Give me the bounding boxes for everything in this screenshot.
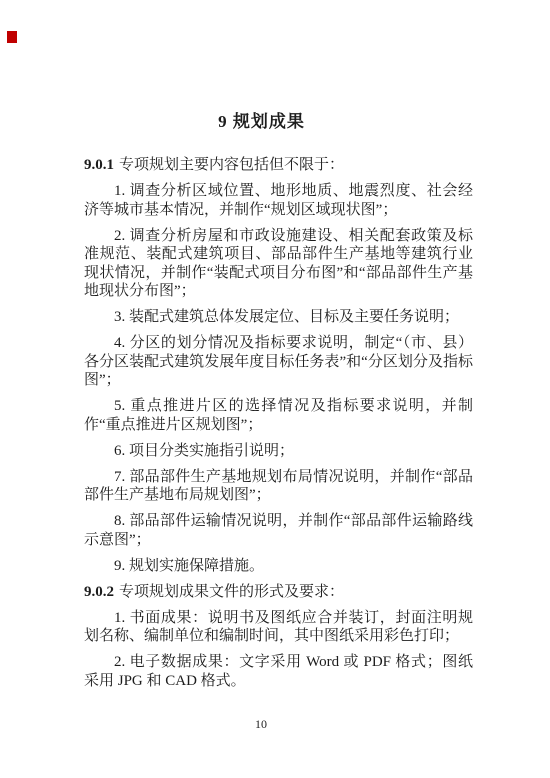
clause-item: 2. 调查分析房屋和市政设施建设、相关配套政策及标准规范、装配式建筑项目、部品部…	[84, 227, 473, 301]
clause-item: 7. 部品部件生产基地规划布局情况说明，并制作“部品部件生产基地布局规划图”；	[84, 468, 473, 505]
clause-lead: 9.0.2专项规划成果文件的形式及要求：	[84, 583, 473, 602]
clause-9-0-1: 9.0.1专项规划主要内容包括但不限于： 1. 调查分析区域位置、地形地质、地震…	[84, 156, 473, 575]
clause-item: 1. 调查分析区域位置、地形地质、地震烈度、社会经济等城市基本情况，并制作“规划…	[84, 182, 473, 219]
clause-item: 6. 项目分类实施指引说明；	[84, 442, 473, 461]
clause-number: 9.0.2	[84, 584, 114, 600]
clause-9-0-2: 9.0.2专项规划成果文件的形式及要求： 1. 书面成果：说明书及图纸应合并装订…	[84, 583, 473, 691]
clause-lead-text: 专项规划成果文件的形式及要求：	[119, 584, 344, 600]
document-page: 9 规划成果 9.0.1专项规划主要内容包括但不限于： 1. 调查分析区域位置、…	[0, 0, 550, 778]
red-marker	[7, 31, 17, 43]
clause-lead: 9.0.1专项规划主要内容包括但不限于：	[84, 156, 473, 175]
clause-item: 5. 重点推进片区的选择情况及指标要求说明，并制作“重点推进片区规划图”；	[84, 397, 473, 434]
clause-number: 9.0.1	[84, 157, 114, 173]
clause-item: 8. 部品部件运输情况说明，并制作“部品部件运输路线示意图”；	[84, 512, 473, 549]
chapter-title: 9 规划成果	[67, 112, 456, 132]
clause-item: 3. 装配式建筑总体发展定位、目标及主要任务说明；	[84, 308, 473, 327]
clause-item: 2. 电子数据成果：文字采用 Word 或 PDF 格式；图纸采用 JPG 和 …	[84, 653, 473, 690]
page-number: 10	[0, 717, 522, 732]
clause-item: 1. 书面成果：说明书及图纸应合并装订，封面注明规划名称、编制单位和编制时间，其…	[84, 609, 473, 646]
page-content: 9 规划成果 9.0.1专项规划主要内容包括但不限于： 1. 调查分析区域位置、…	[84, 112, 473, 698]
clause-item: 9. 规划实施保障措施。	[84, 557, 473, 576]
clause-item: 4. 分区的划分情况及指标要求说明，制定“（市、县）各分区装配式建筑发展年度目标…	[84, 334, 473, 390]
clause-lead-text: 专项规划主要内容包括但不限于：	[119, 157, 344, 173]
